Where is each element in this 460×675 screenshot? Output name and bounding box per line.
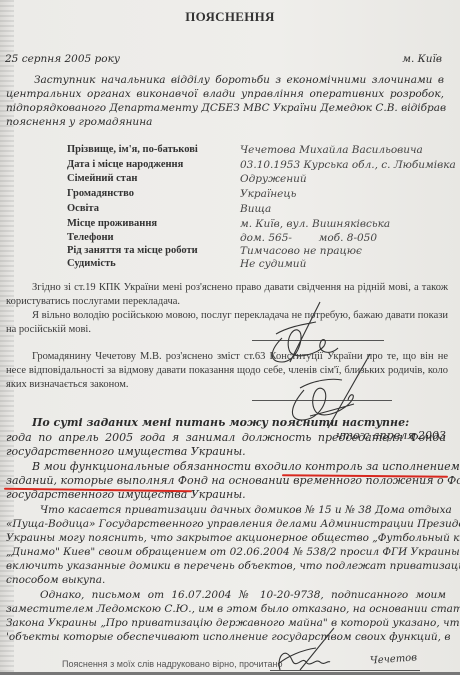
value-occupation: Тимчасово не працює	[240, 245, 362, 257]
intro-paragraph: Заступник начальника відділу боротьби з …	[6, 73, 444, 129]
label-residence: Місце проживання	[67, 218, 157, 229]
refusal-line: 'объекты которые обеспечивают исполнение…	[6, 630, 446, 644]
label-criminal-record: Судимість	[67, 258, 116, 269]
label-phones: Телефони	[67, 232, 114, 243]
privatization-line: способом выкупа.	[6, 573, 446, 587]
intro-line: Заступник начальника відділу боротьби з …	[6, 73, 444, 87]
duties-line: В мои функциональные обязанности входило…	[6, 460, 446, 474]
document-date: 25 серпня 2005 року	[5, 53, 120, 65]
label-birth: Дата і місце народження	[67, 159, 183, 170]
privatization-line: Украины могу пояснить, что закрытое акци…	[6, 531, 446, 545]
rights-line: Згідно зі ст.19 КПК України мені роз'ясн…	[6, 281, 448, 295]
statement-lead: По суті заданих мені питань можу пояснит…	[32, 416, 409, 429]
value-phones: дом. 565- моб. 8-050	[240, 232, 377, 244]
statement-paragraph: года по апрель 2005 года я занимал должн…	[6, 431, 446, 459]
value-residence: м. Київ, вул. Вишняківська	[240, 218, 390, 230]
label-full-name: Прізвище, ім'я, по-батькові	[67, 144, 198, 155]
refusal-paragraph: Однако, письмом от 16.07.2004 № 10-20-97…	[6, 588, 446, 644]
refusal-line: Однако, письмом от 16.07.2004 № 10-20-97…	[6, 588, 446, 602]
language-line: Я вільно володію російською мовою, послу…	[6, 309, 448, 323]
refusal-line: заместителем Ледомскою С.Ю., им в этом б…	[6, 602, 446, 616]
rights-line: користуватись послугами перекладача.	[6, 295, 448, 309]
scanned-document-page: ПОЯСНЕННЯ 25 серпня 2005 року м. Київ За…	[0, 0, 460, 675]
document-city: м. Київ	[402, 53, 442, 65]
privatization-line: Что касается приватизации дачных домиков…	[6, 503, 446, 517]
language-line: на російській мові.	[6, 323, 448, 337]
value-birth: 03.10.1953 Курська обл., с. Любимівка	[240, 159, 456, 171]
value-full-name: Чечетова Михайла Васильовича	[240, 144, 423, 156]
label-education: Освіта	[67, 203, 99, 214]
value-education: Вища	[240, 203, 271, 215]
language-paragraph: Я вільно володію російською мовою, послу…	[6, 309, 448, 337]
privatization-line: включить указанные домики в перечень объ…	[6, 559, 446, 573]
document-title: ПОЯСНЕННЯ	[0, 9, 460, 25]
label-occupation: Рід заняття та місце роботи	[67, 245, 198, 256]
intro-line: центральних органах виконавчої влади упр…	[6, 87, 444, 101]
statement-line: государственного имущества Украины.	[6, 445, 446, 459]
privatization-paragraph: Что касается приватизации дачных домиков…	[6, 503, 446, 587]
label-citizenship: Громадянство	[67, 188, 134, 199]
intro-line: підпорядкованого Департаменту ДСБЕЗ МВС …	[6, 101, 444, 115]
refusal-line: Закона Украины „Про приватизацію державн…	[6, 616, 446, 630]
statement-line: года по апрель 2005 года я занимал должн…	[6, 431, 446, 445]
rights-paragraph: Згідно зі ст.19 КПК України мені роз'ясн…	[6, 281, 448, 309]
footer-certification: Пояснення з моїх слів надруковано вірно,…	[62, 659, 283, 669]
privatization-line: „Динамо" Киев" своим обращением от 02.06…	[6, 545, 446, 559]
intro-line: пояснення у громадянина	[6, 115, 444, 129]
value-citizenship: Українець	[240, 188, 296, 200]
value-marital-status: Одружений	[240, 173, 307, 185]
label-marital-status: Сімейний стан	[67, 173, 137, 184]
footer-handwritten-name: Чечетов	[370, 652, 418, 666]
footer-signature-icon	[272, 626, 352, 674]
value-criminal-record: Не судимий	[240, 258, 306, 270]
privatization-line: «Пуща-Водица» Государственного управлени…	[6, 517, 446, 531]
duties-paragraph: В мои функциональные обязанности входило…	[6, 460, 446, 502]
